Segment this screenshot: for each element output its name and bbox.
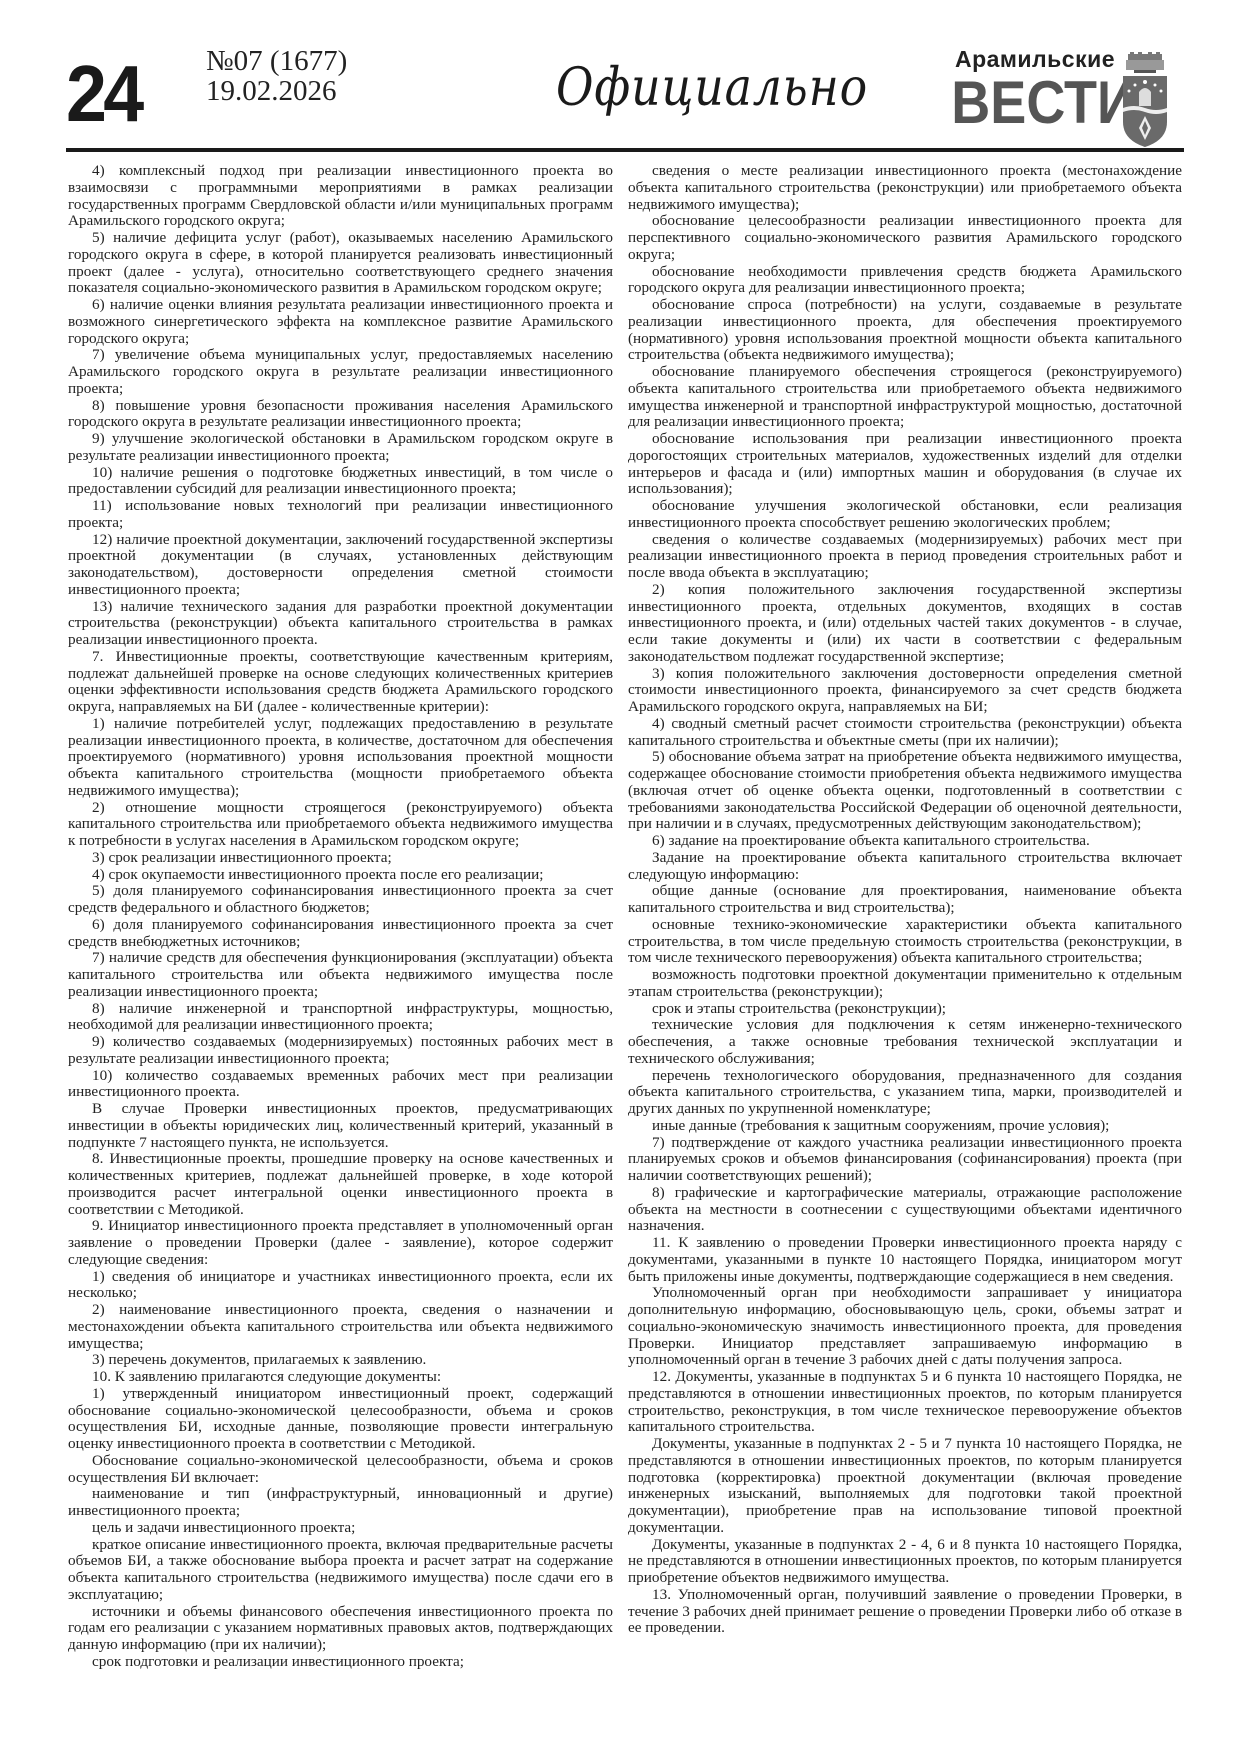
paragraph: 3) копия положительного заключения досто… — [628, 666, 1182, 716]
paragraph: 6) доля планируемого софинансирования ин… — [68, 917, 613, 951]
paragraph: 13. Уполномоченный орган, получивший зая… — [628, 1587, 1182, 1637]
paragraph: возможность подготовки проектной докумен… — [628, 967, 1182, 1001]
newspaper-logo: Арамильские ВЕСТИ — [942, 46, 1128, 142]
paragraph: цель и задачи инвестиционного проекта; — [68, 1520, 613, 1537]
paragraph: 2) отношение мощности строящегося (рекон… — [68, 800, 613, 850]
paragraph: 5) доля планируемого софинансирования ин… — [68, 883, 613, 917]
paragraph: сведения о месте реализации инвестиционн… — [628, 163, 1182, 213]
paragraph: обоснование планируемого обеспечения стр… — [628, 364, 1182, 431]
paragraph: 10) количество создаваемых временных раб… — [68, 1068, 613, 1102]
paragraph: 9) улучшение экологической обстановки в … — [68, 431, 613, 465]
paragraph: источники и объемы финансового обеспечен… — [68, 1604, 613, 1654]
paragraph: срок и этапы строительства (реконструкци… — [628, 1001, 1182, 1018]
paragraph: 7. Инвестиционные проекты, соответствующ… — [68, 649, 613, 716]
paragraph: основные технико-экономические характери… — [628, 917, 1182, 967]
paragraph: 5) обоснование объема затрат на приобрет… — [628, 749, 1182, 833]
paragraph: 4) сводный сметный расчет стоимости стро… — [628, 716, 1182, 750]
paragraph: 7) наличие средств для обеспечения функц… — [68, 950, 613, 1000]
paragraph: наименование и тип (инфраструктурный, ин… — [68, 1486, 613, 1520]
paragraph: общие данные (основание для проектирован… — [628, 883, 1182, 917]
paragraph: обоснование улучшения экологической обст… — [628, 498, 1182, 532]
paragraph: обоснование необходимости привлечения ср… — [628, 264, 1182, 298]
paragraph: срок подготовки и реализации инвестицион… — [68, 1654, 613, 1671]
paragraph: 9) количество создаваемых (модернизируем… — [68, 1034, 613, 1068]
paragraph: Уполномоченный орган при необходимости з… — [628, 1285, 1182, 1369]
issue-date: 19.02.2026 — [206, 76, 347, 106]
paragraph: 7) увеличение объема муниципальных услуг… — [68, 347, 613, 397]
paragraph: 8. Инвестиционные проекты, прошедшие про… — [68, 1151, 613, 1218]
paragraph: обоснование целесообразности реализации … — [628, 213, 1182, 263]
paragraph: 2) копия положительного заключения госуд… — [628, 582, 1182, 666]
paragraph: 12. Документы, указанные в подпунктах 5 … — [628, 1369, 1182, 1436]
section-title: Официально — [556, 58, 868, 118]
paragraph: 2) наименование инвестиционного проекта,… — [68, 1302, 613, 1352]
header-rule — [66, 148, 1184, 152]
paragraph: 12) наличие проектной документации, закл… — [68, 532, 613, 599]
paragraph: 1) сведения об инициаторе и участниках и… — [68, 1269, 613, 1303]
paragraph: технические условия для подключения к се… — [628, 1017, 1182, 1067]
paragraph: 4) комплексный подход при реализации инв… — [68, 163, 613, 230]
paragraph: 6) наличие оценки влияния результата реа… — [68, 297, 613, 347]
paragraph: 11. К заявлению о проведении Проверки ин… — [628, 1235, 1182, 1285]
paragraph: 11) использование новых технологий при р… — [68, 498, 613, 532]
paragraph: 4) срок окупаемости инвестиционного прое… — [68, 867, 613, 884]
paragraph: 8) графические и картографические матери… — [628, 1185, 1182, 1235]
paragraph: краткое описание инвестиционного проекта… — [68, 1537, 613, 1604]
paragraph: 5) наличие дефицита услуг (работ), оказы… — [68, 230, 613, 297]
paragraph: Документы, указанные в подпунктах 2 - 5 … — [628, 1436, 1182, 1537]
logo-main-text: ВЕСТИ — [951, 72, 1118, 134]
paragraph: 1) утвержденный инициатором инвестиционн… — [68, 1386, 613, 1453]
paragraph: В случае Проверки инвестиционных проекто… — [68, 1101, 613, 1151]
article-column-right: сведения о месте реализации инвестиционн… — [628, 163, 1182, 1637]
paragraph: 7) подтверждение от каждого участника ре… — [628, 1135, 1182, 1185]
paragraph: Документы, указанные в подпунктах 2 - 4,… — [628, 1537, 1182, 1587]
issue-info: №07 (1677) 19.02.2026 — [206, 46, 347, 106]
paragraph: обоснование использования при реализации… — [628, 431, 1182, 498]
paragraph: 10. К заявлению прилагаются следующие до… — [68, 1369, 613, 1386]
paragraph: Задание на проектирование объекта капита… — [628, 850, 1182, 884]
paragraph: 10) наличие решения о подготовке бюджетн… — [68, 465, 613, 499]
page-number: 24 — [66, 54, 141, 134]
paragraph: 3) срок реализации инвестиционного проек… — [68, 850, 613, 867]
issue-number: №07 (1677) — [206, 46, 347, 76]
article-column-left: 4) комплексный подход при реализации инв… — [68, 163, 613, 1671]
paragraph: 3) перечень документов, прилагаемых к за… — [68, 1352, 613, 1369]
paragraph: обоснование спроса (потребности) на услу… — [628, 297, 1182, 364]
paragraph: 13) наличие технического задания для раз… — [68, 599, 613, 649]
paragraph: 9. Инициатор инвестиционного проекта пре… — [68, 1218, 613, 1268]
paragraph: Обоснование социально-экономической целе… — [68, 1453, 613, 1487]
page-header: 24 №07 (1677) 19.02.2026 Официально Арам… — [66, 40, 1184, 148]
paragraph: перечень технологического оборудования, … — [628, 1068, 1182, 1118]
paragraph: 1) наличие потребителей услуг, подлежащи… — [68, 716, 613, 800]
paragraph: 6) задание на проектирование объекта кап… — [628, 833, 1182, 850]
paragraph: иные данные (требования к защитным соору… — [628, 1118, 1182, 1135]
paragraph: сведения о количестве создаваемых (модер… — [628, 532, 1182, 582]
paragraph: 8) наличие инженерной и транспортной инф… — [68, 1001, 613, 1035]
coat-of-arms-icon — [1120, 52, 1170, 148]
paragraph: 8) повышение уровня безопасности прожива… — [68, 398, 613, 432]
